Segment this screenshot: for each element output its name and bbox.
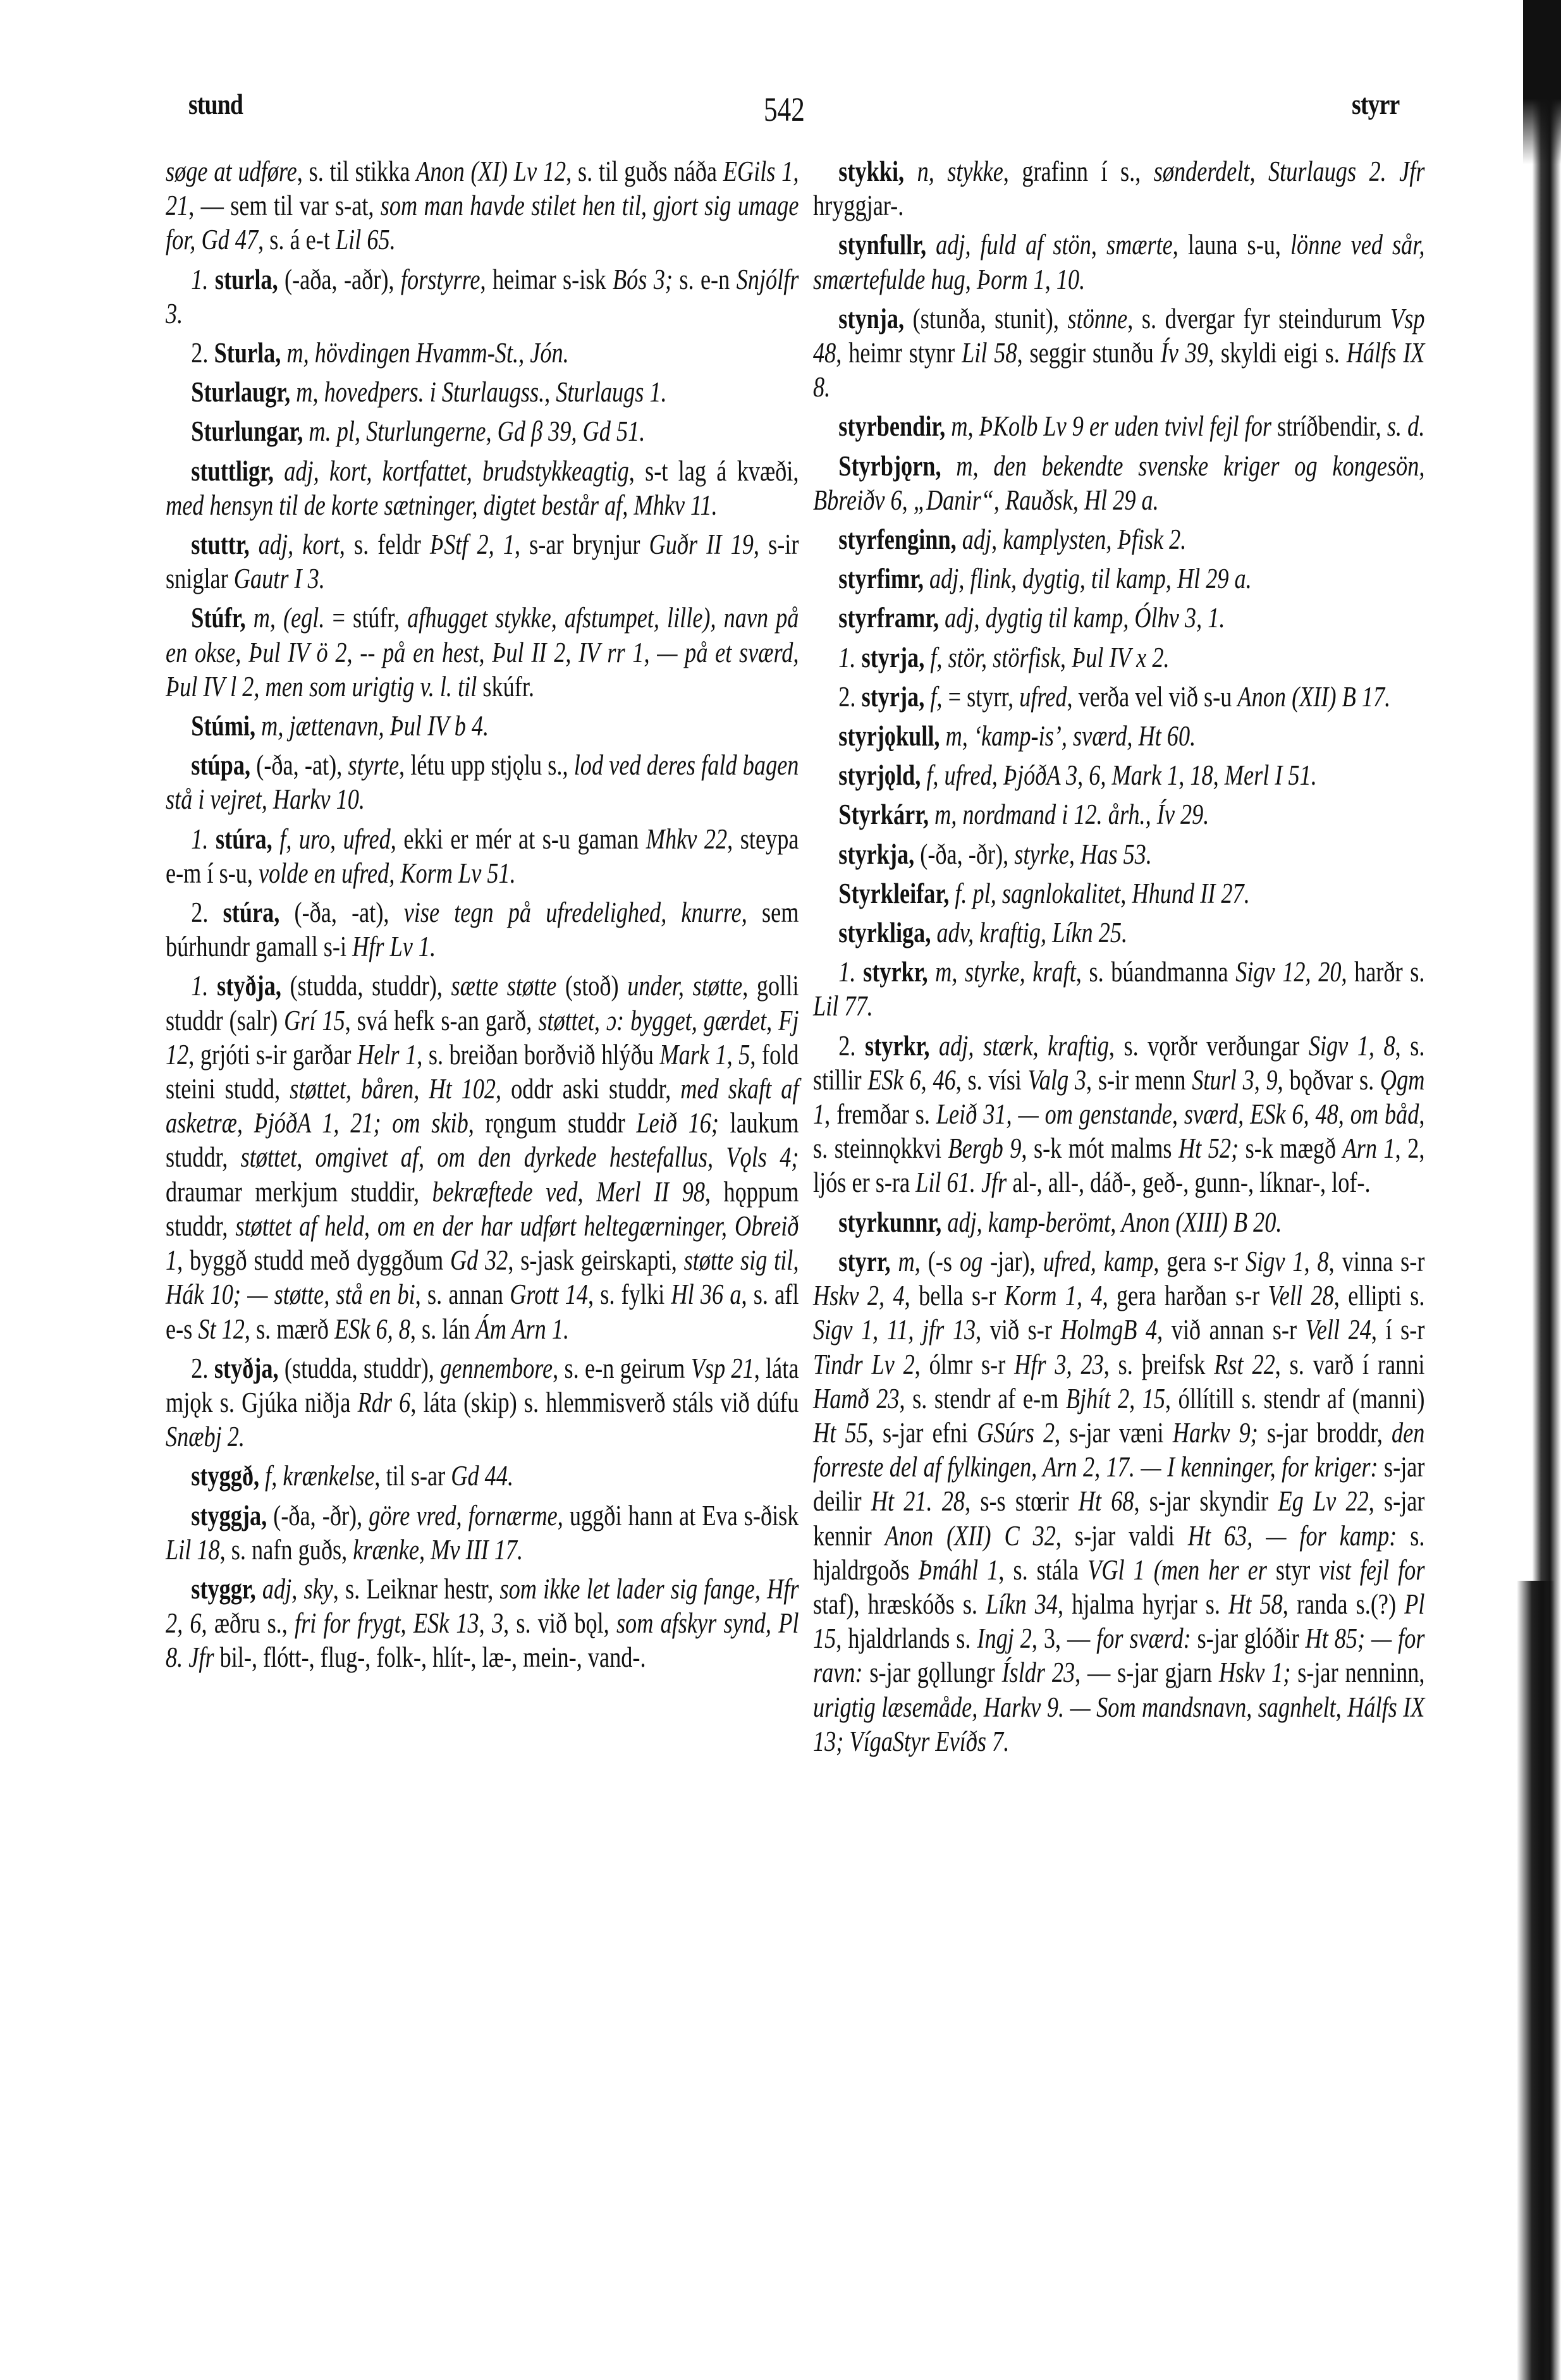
entry-italic-text: Þmáhl 1 (919, 1554, 999, 1586)
entry-text: 2. (191, 1353, 214, 1384)
entry-headword: styðja, (217, 970, 281, 1002)
running-head-left-guideword: stund (188, 87, 243, 121)
entry-text: hryggjar-. (813, 190, 903, 221)
entry-headword: styrkliga, (838, 917, 931, 948)
entry-italic-text: GSúrs 2 (977, 1417, 1055, 1449)
entry-text: , s. þreifsk (1104, 1349, 1215, 1380)
entry-headword: Sturlaugr, (191, 376, 290, 408)
entry-text: , verða vel við s-u (1067, 681, 1237, 713)
entry-headword: styrja, (862, 681, 925, 713)
entry-italic-text: Vell 24 (1306, 1314, 1371, 1346)
entry-text: s-jar gǫllungr (863, 1657, 1002, 1688)
entry-text: , s. varð í ranni (1275, 1349, 1425, 1380)
entry-italic-text: göre vred, fornærme (369, 1500, 557, 1531)
entry-text: , í s-r (1371, 1314, 1425, 1346)
entry-italic-text: styrte (348, 749, 399, 781)
entry-italic-text: Arn 1 (1343, 1132, 1395, 1164)
entry-text: = styrr, (943, 681, 1020, 713)
entry-italic-text: Hskv 1; (1219, 1657, 1291, 1688)
entry-text: , ellipti s. (1334, 1280, 1425, 1311)
entry-text: , s. nafn guðs, (220, 1534, 353, 1566)
entry-text: bil-, flótt-, flug-, folk-, hlít-, læ-, … (214, 1641, 646, 1673)
dictionary-entry: styrkja, (-ða, -ðr), styrke, Has 53. (813, 837, 1424, 871)
entry-italic-text: Ht 58 (1228, 1588, 1283, 1620)
entry-italic-text: m, styrke, kraft (928, 956, 1076, 988)
scanned-page-edge-bottom (1517, 1581, 1555, 2380)
entry-text: (stoð) (556, 970, 627, 1002)
entry-text: styr (1267, 1554, 1319, 1586)
dictionary-entry: Stúfr, m, (egl. = stúfr, afhugget stykke… (166, 601, 799, 704)
entry-italic-text: f, ufred, ÞjóðA 3, 6, Mark 1, 18, Merl I… (921, 759, 1317, 791)
entry-headword: Styrbjǫrn, (838, 450, 941, 482)
entry-headword: Stúmi, (191, 710, 255, 742)
entry-text: , s. annan (415, 1279, 510, 1310)
entry-italic-text: Sigv 1, 11, jfr 13 (813, 1314, 976, 1346)
entry-italic-text: bekræftede ved, Merl II 98 (432, 1176, 705, 1208)
dictionary-entry: Stúmi, m, jættenavn, Þul IV b 4. (166, 709, 799, 743)
entry-headword: Sturlungar, (191, 415, 303, 447)
entry-headword: Stúfr, (191, 602, 245, 634)
entry-italic-text: under, støtte (627, 970, 742, 1002)
entry-italic-text: støttet, omgivet af, om den dyrkede hest… (241, 1141, 799, 1173)
entry-italic-text: Leið 31, — om genstande, sværd, ESk 6, 4… (936, 1098, 1419, 1130)
entry-text: , s. dvergar fyr steindurum (1127, 303, 1390, 334)
dictionary-column-right: stykki, n, stykke, grafinn í s., sønderd… (813, 154, 1425, 1764)
dictionary-entry: Sturlaugr, m, hovedpers. i Sturlaugss., … (166, 375, 799, 409)
entry-italic-text: Sturl 3, 9 (1192, 1064, 1277, 1096)
entry-text: , — s-jar gjarn (1075, 1657, 1219, 1688)
entry-italic-text: forstyrre (401, 264, 481, 295)
entry-italic-text: Bergb 9 (948, 1132, 1021, 1164)
entry-italic-text: Grí 15 (284, 1005, 345, 1036)
entry-text: , 3, — (1032, 1622, 1096, 1654)
entry-italic-text: Anon (XII) C 32 (885, 1520, 1056, 1552)
entry-headword: styrbendir, (838, 410, 945, 442)
entry-text: 2. (838, 681, 861, 713)
entry-text: , grafinn í s., (1003, 156, 1154, 187)
entry-text: , s. til stikka (297, 156, 416, 187)
entry-text: , harðr s. (1341, 956, 1424, 988)
dictionary-entry: 2. Sturla, m, hövdingen Hvamm-St., Jón. (166, 336, 799, 370)
entry-italic-text: Ht 55 (813, 1417, 868, 1449)
entry-headword: styggr, (191, 1573, 255, 1605)
dictionary-entry: stykki, n, stykke, grafinn í s., sønderd… (813, 154, 1424, 223)
entry-text: , s-s stœrir (965, 1485, 1079, 1517)
entry-text: , skyldi eigi s. (1208, 337, 1347, 369)
entry-italic-text: Sigv 1, 8 (1309, 1030, 1395, 1062)
entry-text: 2. (191, 897, 223, 928)
entry-italic-text: adj, sky (256, 1573, 333, 1605)
entry-italic-text: Vsp 21 (691, 1353, 754, 1384)
entry-text: -jar), (983, 1246, 1043, 1277)
entry-text: , — sem til var s-at, (188, 190, 381, 221)
dictionary-entry: styggr, adj, sky, s. Leiknar hestr, som … (166, 1572, 799, 1675)
entry-text: (stunða, stunit), (904, 303, 1067, 334)
entry-text: , láta (skip) s. hlemmisverð stáls við d… (410, 1387, 799, 1418)
entry-headword: styrkunnr, (838, 1206, 941, 1238)
entry-text: , s-k mót malms (1021, 1132, 1178, 1164)
entry-italic-text: m, hovedpers. i Sturlaugss., Sturlaugs 1… (290, 376, 666, 408)
entry-text: , s. e-n geirum (553, 1353, 691, 1384)
entry-italic-text: Tindr Lv 2 (813, 1349, 915, 1380)
entry-italic-text: Mhkv 22 (646, 823, 727, 855)
entry-headword: styrkja, (838, 838, 914, 870)
entry-italic-text: f. pl, sagnlokalitet, Hhund II 27. (949, 878, 1250, 909)
entry-text: (studda, studdr), (279, 1353, 441, 1384)
entry-text: , hjaldrlands s. (836, 1622, 977, 1654)
entry-text: 2. (191, 337, 214, 369)
entry-text: stríðbendir, (1271, 410, 1387, 442)
entry-italic-text: adj, kamplysten, Þfisk 2. (957, 524, 1187, 555)
entry-headword: Sturla, (214, 337, 281, 369)
entry-text: , við annan s-r (1157, 1314, 1306, 1346)
entry-text: s-jar nenninn, (1290, 1657, 1424, 1688)
entry-text: s. e-n (673, 264, 737, 295)
entry-text: , s. vísi (956, 1064, 1028, 1096)
entry-text: , fremðar s. (824, 1098, 936, 1130)
entry-text: , s-jar skyndir (1134, 1485, 1278, 1517)
entry-italic-text: f, stör, störfisk, Þul IV x 2. (924, 642, 1169, 673)
entry-headword: styðja, (214, 1353, 279, 1384)
entry-headword: sturla, (215, 264, 278, 295)
entry-italic-text: adv, kraftig, Líkn 25. (931, 917, 1127, 948)
entry-italic-text: f, (924, 681, 942, 713)
entry-italic-text: Ht 21. 28 (871, 1485, 965, 1517)
entry-text: , bella s-r (905, 1280, 1005, 1311)
entry-text: , s. stála (998, 1554, 1087, 1586)
entry-italic-text: f, krænkelse (259, 1460, 374, 1492)
entry-text: skúfr. (477, 671, 534, 702)
entry-italic-text: Sigv 12, 20 (1235, 956, 1341, 988)
entry-text: , hjalma hyrjar s. (1058, 1588, 1228, 1620)
entry-text: , við s-r (976, 1314, 1060, 1346)
entry-text: (-s (921, 1246, 960, 1277)
entry-italic-text: 1. (191, 970, 217, 1002)
entry-italic-text: adj, dygtig til kamp, Ólhv 3, 1. (939, 602, 1225, 634)
entry-italic-text: Ísldr 23 (1001, 1657, 1075, 1688)
entry-text: , s. mærð (245, 1313, 334, 1345)
entry-italic-text: Ht 63, — for kamp: (1188, 1520, 1397, 1552)
entry-italic-text: Hskv 2, 4 (813, 1280, 905, 1311)
entry-italic-text: ufred (1019, 681, 1067, 713)
dictionary-entry: 1. sturla, (-aða, -aðr), forstyrre, heim… (166, 262, 799, 331)
entry-italic-text: med hensyn til de korte sætninger, digte… (166, 489, 718, 521)
entry-text: , óllítill s. stendr af (manni) (1165, 1383, 1424, 1414)
entry-italic-text: Gautr I 3. (234, 563, 325, 594)
entry-italic-text: vise tegn på ufredelighed, knurre (404, 897, 742, 928)
dictionary-entry: stúpa, (-ða, -at), styrte, létu upp stjǫ… (166, 748, 799, 816)
entry-headword: styrjǫld, (838, 759, 921, 791)
entry-text: , s. til guðs náða (566, 156, 723, 187)
entry-italic-text: søge at udføre (166, 156, 297, 187)
dictionary-entry: styrbendir, m, ÞKolb Lv 9 er uden tvivl … (813, 409, 1424, 443)
entry-italic-text: sætte støtte (451, 970, 557, 1002)
entry-italic-text: ufred, kamp (1043, 1246, 1154, 1277)
dictionary-entry: 2. styrja, f, = styrr, ufred, verða vel … (813, 680, 1424, 714)
entry-text: , rǫngum studdr (468, 1107, 637, 1139)
dictionary-entry: styggð, f, krænkelse, til s-ar Gd 44. (166, 1459, 799, 1493)
entry-italic-text: Leið 16; (636, 1107, 719, 1139)
dictionary-entry: 2. styðja, (studda, studdr), gennembore,… (166, 1351, 799, 1454)
entry-text: 2. (838, 1030, 865, 1062)
entry-text: , s-jar væni (1055, 1417, 1173, 1449)
entry-text: (-ða, -at), (279, 897, 403, 928)
entry-italic-text: adj, fuld af stön, smærte (926, 229, 1173, 261)
dictionary-entry: styggja, (-ða, -ðr), göre vred, fornærme… (166, 1499, 799, 1567)
entry-text: s-jar broddr, (1258, 1417, 1392, 1449)
entry-text: s-jar glóðir (1191, 1622, 1306, 1654)
entry-text: , seggir stunðu (1017, 337, 1161, 369)
entry-headword: styrfenginn, (838, 524, 956, 555)
entry-italic-text: Líkn 34 (986, 1588, 1058, 1620)
dictionary-entry: styrkunnr, adj, kamp-berömt, Anon (XIII)… (813, 1205, 1424, 1239)
entry-headword: stúra, (216, 823, 272, 855)
entry-headword: Styrkárr, (838, 799, 929, 830)
entry-headword: styrr, (838, 1246, 890, 1277)
entry-text: , s. stendr af e-m (900, 1383, 1066, 1414)
dictionary-entry: 1. styðja, (studda, studdr), sætte støtt… (166, 969, 799, 1346)
entry-text: , s-jar efni (868, 1417, 977, 1449)
entry-text: , s. búandmanna (1076, 956, 1235, 988)
entry-headword: stuttligr, (191, 455, 274, 487)
entry-italic-text: støttet, båren, Ht 102 (290, 1073, 496, 1105)
entry-headword: stynja, (838, 303, 904, 334)
dictionary-entry: styrkliga, adv, kraftig, Líkn 25. (813, 916, 1424, 950)
entry-text: al-, all-, dáð-, geð-, gunn-, líknar-, l… (1007, 1167, 1370, 1198)
entry-italic-text: styrke, Has 53. (1014, 838, 1152, 870)
dictionary-entry: stynfullr, adj, fuld af stön, smærte, la… (813, 228, 1424, 296)
entry-text: , ekki er mér at s-u gaman (391, 823, 646, 855)
entry-text: , heimr stynr (836, 337, 962, 369)
entry-italic-text: 1. (191, 823, 216, 855)
dictionary-column-left: søge at udføre, s. til stikka Anon (XI) … (166, 154, 799, 1680)
running-head-right-guideword: styrr (1352, 87, 1399, 121)
entry-italic-text: volde en ufred, Korm Lv 51. (259, 857, 516, 889)
entry-italic-text: m, (egl. (246, 602, 333, 634)
entry-italic-text: Rdr 6 (358, 1387, 411, 1418)
entry-italic-text: f, uro, ufred (272, 823, 391, 855)
entry-headword: styrjǫkull, (838, 720, 940, 752)
entry-text: , s. á e-t (258, 224, 336, 255)
dictionary-entry: Styrbjǫrn, m, den bekendte svenske krige… (813, 449, 1424, 517)
entry-italic-text: krænke, Mv III 17. (353, 1534, 523, 1566)
page-number: 542 (764, 90, 805, 129)
entry-text: , randa s.(?) (1283, 1588, 1404, 1620)
entry-italic-text: Guðr II 19 (649, 529, 754, 560)
entry-italic-text: Harkv 9; (1173, 1417, 1258, 1449)
entry-italic-text: Ht 52; (1178, 1132, 1239, 1164)
column-body: søge at udføre, s. til stikka Anon (XI) … (166, 154, 799, 1675)
entry-text: s-k mægð (1239, 1132, 1343, 1164)
entry-italic-text: m, hövdingen Hvamm-St., Jón. (281, 337, 568, 369)
entry-italic-text: Lil 61. Jfr (915, 1167, 1007, 1198)
entry-italic-text: adj, kort, kortfattet, brudstykkeagtig (274, 455, 629, 487)
entry-text: (-ða, -ðr), (267, 1500, 369, 1531)
dictionary-entry: 1. stúra, f, uro, ufred, ekki er mér at … (166, 822, 799, 890)
entry-text: , s-jask geirskapti, (508, 1244, 683, 1276)
entry-text: , oddr aski studdr, (496, 1073, 680, 1105)
dictionary-entry: stuttligr, adj, kort, kortfattet, brudst… (166, 454, 799, 522)
entry-italic-text: vist fejl for (1319, 1554, 1424, 1586)
entry-text: , gera harðan s-r (1103, 1280, 1268, 1311)
entry-text: , létu upp stjǫlu s., (399, 749, 574, 781)
scanned-page-edge-top (1523, 0, 1561, 164)
entry-italic-text: Grott 14 (510, 1279, 588, 1310)
entry-headword: styrkr, (865, 1030, 929, 1062)
entry-text: , æðru s., (202, 1607, 295, 1639)
dictionary-entry: styrframr, adj, dygtig til kamp, Ólhv 3,… (813, 601, 1424, 635)
entry-italic-text: n, stykke (904, 156, 1003, 187)
entry-italic-text: urigtig læsemåde, Harkv 9. — Som mandsna… (813, 1691, 1424, 1757)
entry-text: , launa s-u, (1173, 229, 1290, 261)
entry-text: , svá hefk s-an garð, (345, 1005, 539, 1036)
entry-italic-text: St 12 (198, 1313, 245, 1345)
entry-headword: stúra, (223, 897, 280, 928)
entry-headword: styggð, (191, 1460, 259, 1492)
entry-italic-text: adj, kamp-berömt, Anon (XIII) B 20. (941, 1206, 1282, 1238)
entry-headword: styrfimr, (838, 563, 924, 594)
entry-text: , heimar s-isk (481, 264, 613, 295)
entry-italic-text: s. d. (1387, 410, 1424, 442)
dictionary-entry: styrr, m, (-s og -jar), ufred, kamp, ger… (813, 1244, 1424, 1758)
entry-italic-text: Snæbj 2. (166, 1421, 245, 1452)
entry-italic-text: fri for frygt, ESk 13, 3 (295, 1607, 503, 1639)
dictionary-entry: styrfimr, adj, flink, dygtig, til kamp, … (813, 561, 1424, 596)
entry-italic-text: Ív 39 (1161, 337, 1208, 369)
entry-italic-text: m. pl, Sturlungerne, Gd β 39, Gd 51. (303, 415, 645, 447)
entry-italic-text: Bós 3; (613, 264, 673, 295)
entry-text: , uggði hann at Eva s-ðisk (558, 1500, 799, 1531)
entry-italic-text: Valg 3 (1028, 1064, 1086, 1096)
dictionary-entry: stuttr, adj, kort, s. feldr ÞStf 2, 1, s… (166, 527, 799, 596)
entry-text: , bǫðvar s. (1278, 1064, 1380, 1096)
dictionary-entry: søge at udføre, s. til stikka Anon (XI) … (166, 154, 799, 257)
entry-text: , s. breiðan borðvið hlýðu (417, 1039, 659, 1070)
entry-italic-text: ÞStf 2, 1 (430, 529, 515, 560)
entry-text: , s-ir menn (1086, 1064, 1192, 1096)
entry-text: , gera s-r (1153, 1246, 1246, 1277)
entry-italic-text: Hfr 3, 23 (1014, 1349, 1104, 1380)
entry-italic-text: Ht 68 (1079, 1485, 1134, 1517)
entry-text: , s. vǫrðr verðungar (1109, 1030, 1309, 1062)
dictionary-entry: Styrkleifar, f. pl, sagnlokalitet, Hhund… (813, 876, 1424, 911)
entry-text: staf), hræskóðs s. (813, 1588, 986, 1620)
entry-italic-text: 1. (838, 642, 861, 673)
dictionary-entry: styrfenginn, adj, kamplysten, Þfisk 2. (813, 522, 1424, 556)
entry-headword: styrframr, (838, 602, 939, 634)
column-body: stykki, n, stykke, grafinn í s., sønderd… (813, 154, 1424, 1758)
dictionary-entry: stynja, (stunða, stunit), stönne, s. dve… (813, 302, 1424, 405)
entry-headword: styrkr, (863, 956, 927, 988)
dictionary-entry: Sturlungar, m. pl, Sturlungerne, Gd β 39… (166, 414, 799, 448)
entry-italic-text: Lil 77. (813, 990, 873, 1022)
entry-italic-text: sønderdelt, Sturlaugs 2. Jfr (1154, 156, 1425, 187)
entry-headword: Styrkleifar, (838, 878, 949, 909)
entry-text: , vinna s-r (1329, 1246, 1425, 1277)
dictionary-entry: 2. stúra, (-ða, -at), vise tegn på ufred… (166, 895, 799, 964)
entry-italic-text: Ám Arn 1. (476, 1313, 569, 1345)
entry-text: , s-ar brynjur (515, 529, 649, 560)
entry-text: , s. Leiknar hestr, (333, 1573, 500, 1605)
entry-italic-text: og (960, 1246, 983, 1277)
entry-text: (-aða, -aðr), (278, 264, 401, 295)
entry-italic-text: Eg Lv 22 (1278, 1485, 1368, 1517)
entry-italic-text: Lil 18 (166, 1534, 220, 1566)
entry-text: (studda, studdr), (281, 970, 451, 1002)
entry-italic-text: adj, stærk, kraftig (929, 1030, 1108, 1062)
entry-text: , til s-ar (374, 1460, 451, 1492)
entry-italic-text: stönne (1067, 303, 1127, 334)
entry-text: , s-t lag á kvæði, (629, 455, 799, 487)
entry-italic-text: Vell 28 (1268, 1280, 1334, 1311)
entry-italic-text: Sigv 1, 8 (1246, 1246, 1329, 1277)
entry-italic-text: Mark 1, 5 (659, 1039, 750, 1070)
entry-italic-text: ESk 6, 46 (867, 1064, 955, 1096)
dictionary-entry: 1. styrkr, m, styrke, kraft, s. búandman… (813, 955, 1424, 1023)
entry-text: draumar merkjum studdir, (166, 1176, 432, 1208)
entry-text: , grjóti s-ir garðar (188, 1039, 357, 1070)
entry-italic-text: Hamð 23 (813, 1383, 900, 1414)
entry-italic-text: adj, flink, dygtig, til kamp, Hl 29 a. (924, 563, 1252, 594)
dictionary-entry: Styrkárr, m, nordmand i 12. årh., Ív 29. (813, 797, 1424, 831)
entry-italic-text: Hl 36 a (671, 1279, 741, 1310)
entry-headword: stynfullr, (838, 229, 926, 261)
entry-italic-text: ESk 6, 8 (334, 1313, 410, 1345)
entry-italic-text: Lil 65. (336, 224, 396, 255)
entry-headword: stuttr, (191, 529, 249, 560)
dictionary-entry: 2. styrkr, adj, stærk, kraftig, s. vǫrðr… (813, 1029, 1424, 1200)
entry-italic-text: Helr 1 (357, 1039, 417, 1070)
entry-italic-text: gennembore (440, 1353, 553, 1384)
entry-text: (-ða, -ðr), (914, 838, 1014, 870)
entry-italic-text: VGl 1 (men her er (1087, 1554, 1267, 1586)
entry-italic-text: 1. (838, 956, 863, 988)
entry-italic-text: m, jættenavn, Þul IV b 4. (255, 710, 489, 742)
entry-text: , s. við bǫl, (503, 1607, 616, 1639)
entry-italic-text: Lil 58 (962, 337, 1017, 369)
entry-italic-text: m, ÞKolb Lv 9 er uden tvivl fejl for (945, 410, 1271, 442)
dictionary-entry: 1. styrja, f, stör, störfisk, Þul IV x 2… (813, 641, 1424, 675)
entry-headword: styggja, (191, 1500, 267, 1531)
entry-text: , byggð studd með dyggðum (177, 1244, 450, 1276)
entry-italic-text: m, nordmand i 12. årh., Ív 29. (929, 799, 1209, 830)
entry-italic-text: Rst 22 (1214, 1349, 1275, 1380)
dictionary-entry: styrjǫkull, m, ‘kamp-is’, sværd, Ht 60. (813, 719, 1424, 753)
entry-text: , ólmr s-r (915, 1349, 1014, 1380)
entry-italic-text: Gd 32 (450, 1244, 508, 1276)
entry-italic-text: Korm 1, 4 (1005, 1280, 1103, 1311)
entry-italic-text: Anon (XI) Lv 12 (416, 156, 566, 187)
entry-italic-text: Gd 44. (451, 1460, 513, 1492)
entry-italic-text: 1. (191, 264, 215, 295)
entry-text: , s. fylki (588, 1279, 671, 1310)
dictionary-entry: styrjǫld, f, ufred, ÞjóðA 3, 6, Mark 1, … (813, 758, 1424, 792)
entry-italic-text: Ingj 2 (977, 1622, 1031, 1654)
entry-italic-text: for sværd: (1096, 1622, 1191, 1654)
entry-italic-text: adj, kort (250, 529, 340, 560)
entry-headword: styrja, (862, 642, 925, 673)
entry-italic-text: Bjhít 2, 15 (1066, 1383, 1165, 1414)
entry-italic-text: HolmgB 4 (1060, 1314, 1157, 1346)
entry-headword: stykki, (838, 156, 904, 187)
entry-text: , s. feldr (340, 529, 430, 560)
entry-italic-text: m, (891, 1246, 921, 1277)
entry-italic-text: Hfr Lv 1. (352, 931, 436, 962)
entry-headword: stúpa, (191, 749, 250, 781)
entry-italic-text: Anon (XII) B 17. (1237, 681, 1390, 713)
entry-italic-text: m, ‘kamp-is’, sværd, Ht 60. (940, 720, 1196, 752)
entry-text: , s. lán (410, 1313, 476, 1345)
